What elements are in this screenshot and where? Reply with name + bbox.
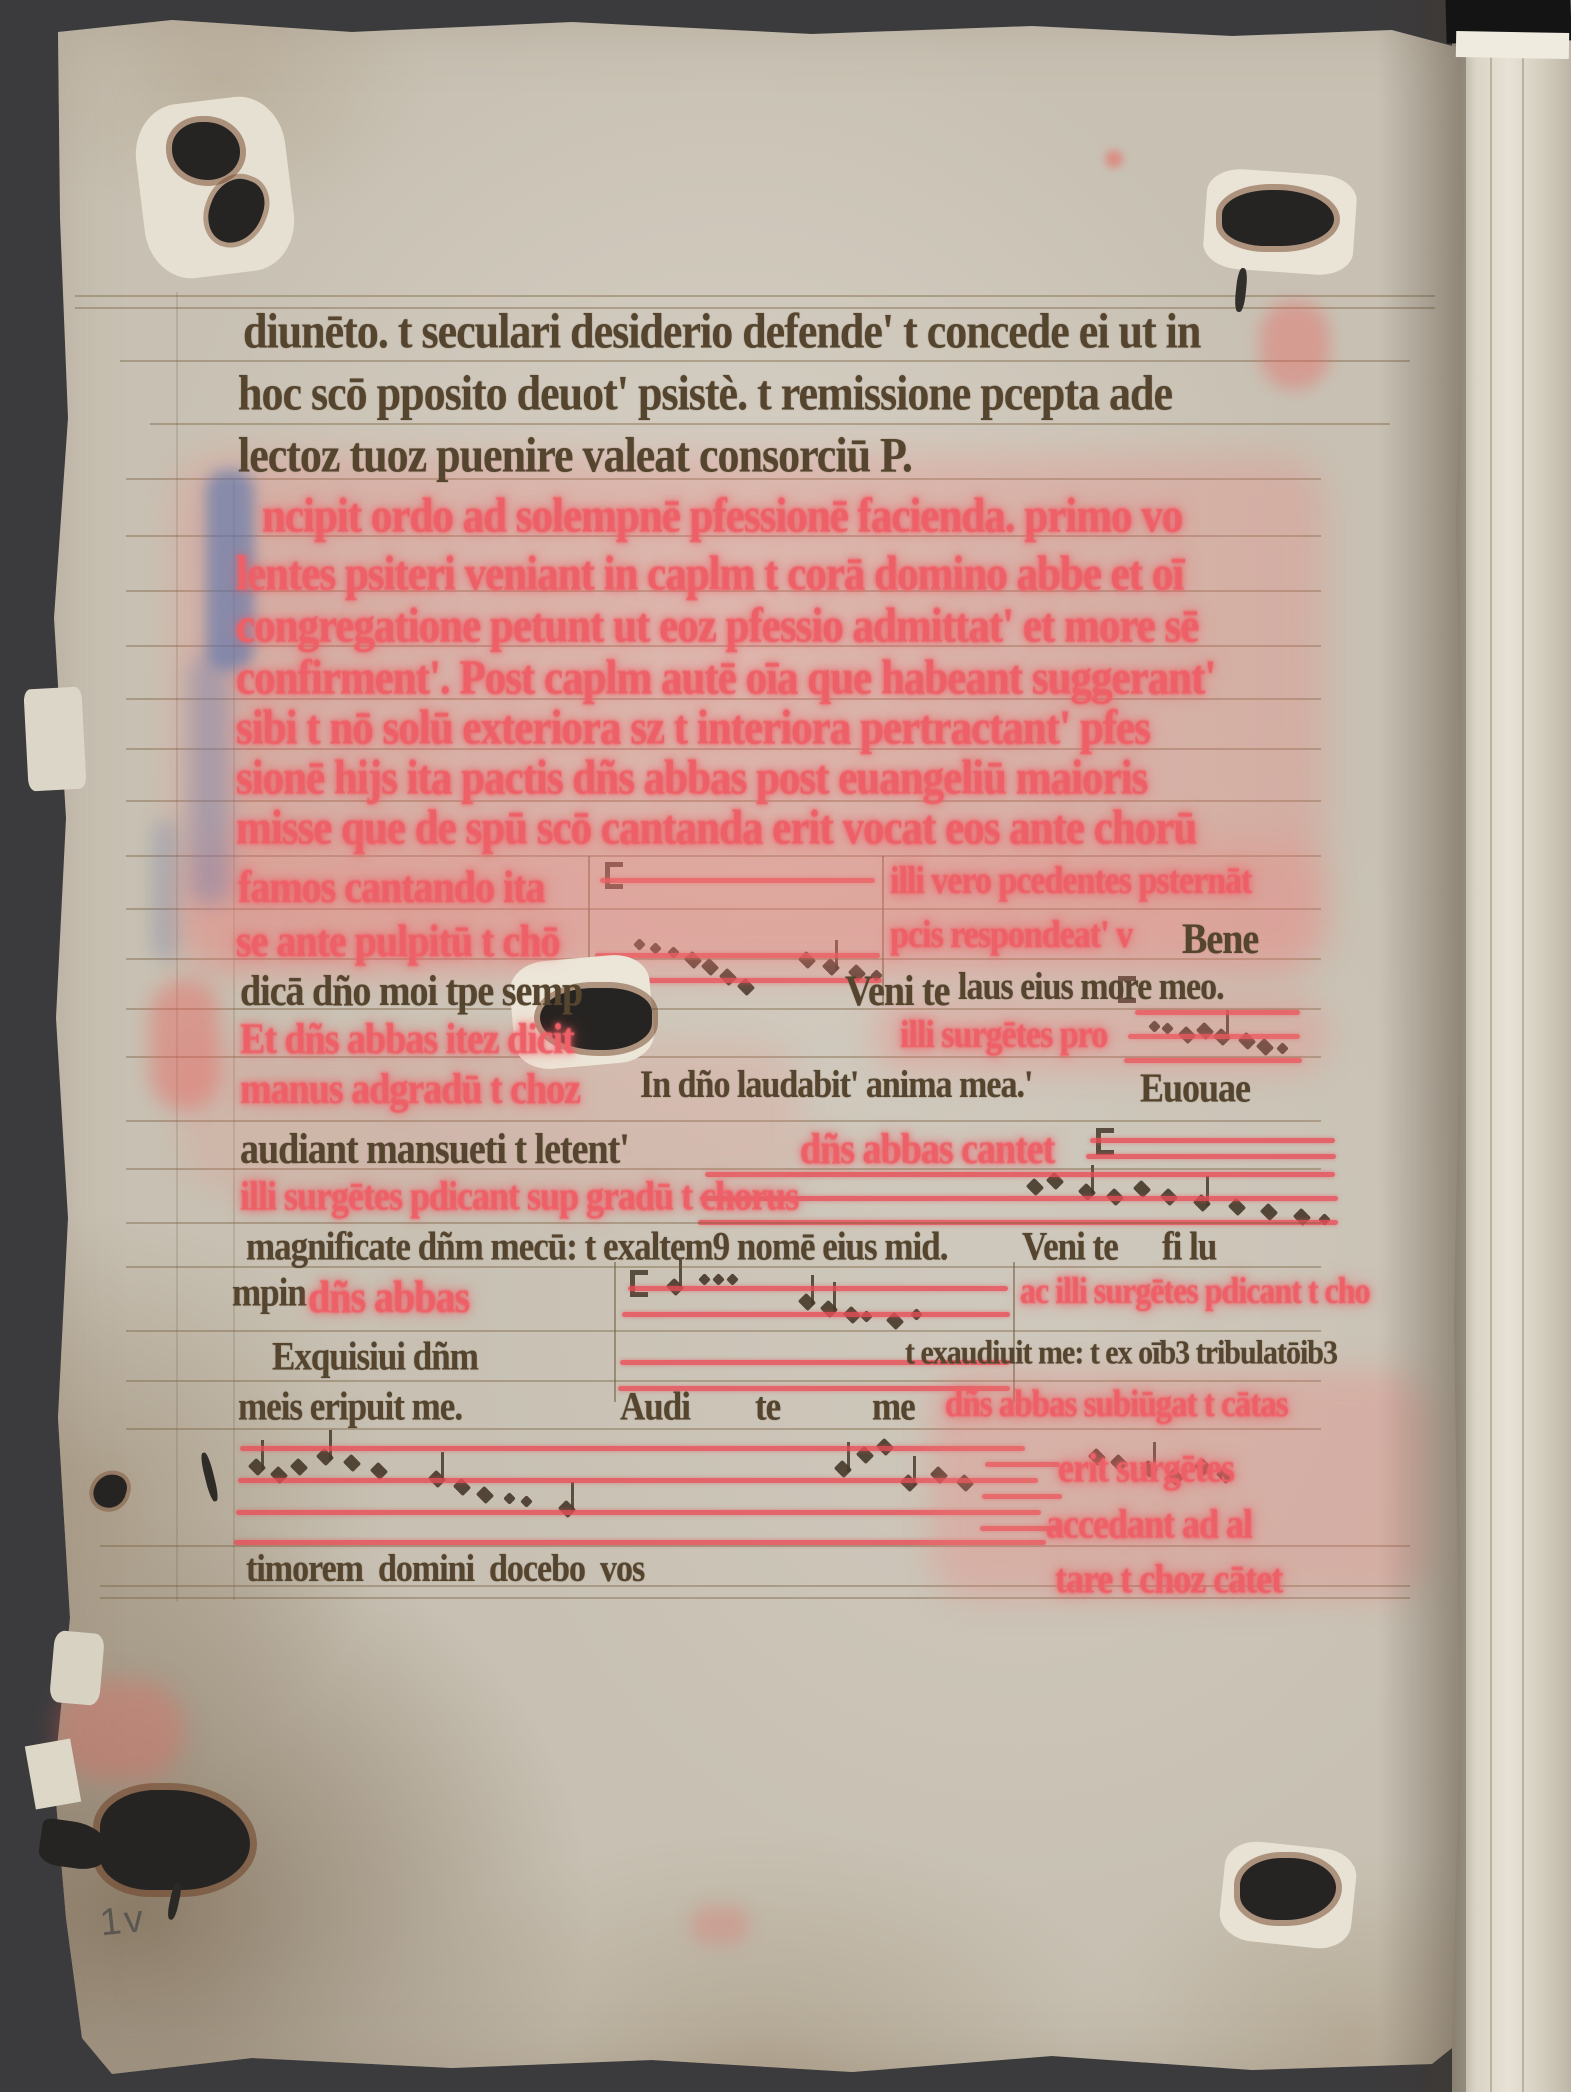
fore-edge-of-other-leaves <box>1452 0 1571 2092</box>
paper-sliver <box>1456 31 1569 59</box>
parchment-leaf <box>52 18 1464 2076</box>
page-edge-crease <box>1522 0 1524 2092</box>
page-edge-crease <box>1490 0 1492 2092</box>
manuscript-photo: 1v diunēto. t seculari desiderio defende… <box>0 0 1571 2092</box>
